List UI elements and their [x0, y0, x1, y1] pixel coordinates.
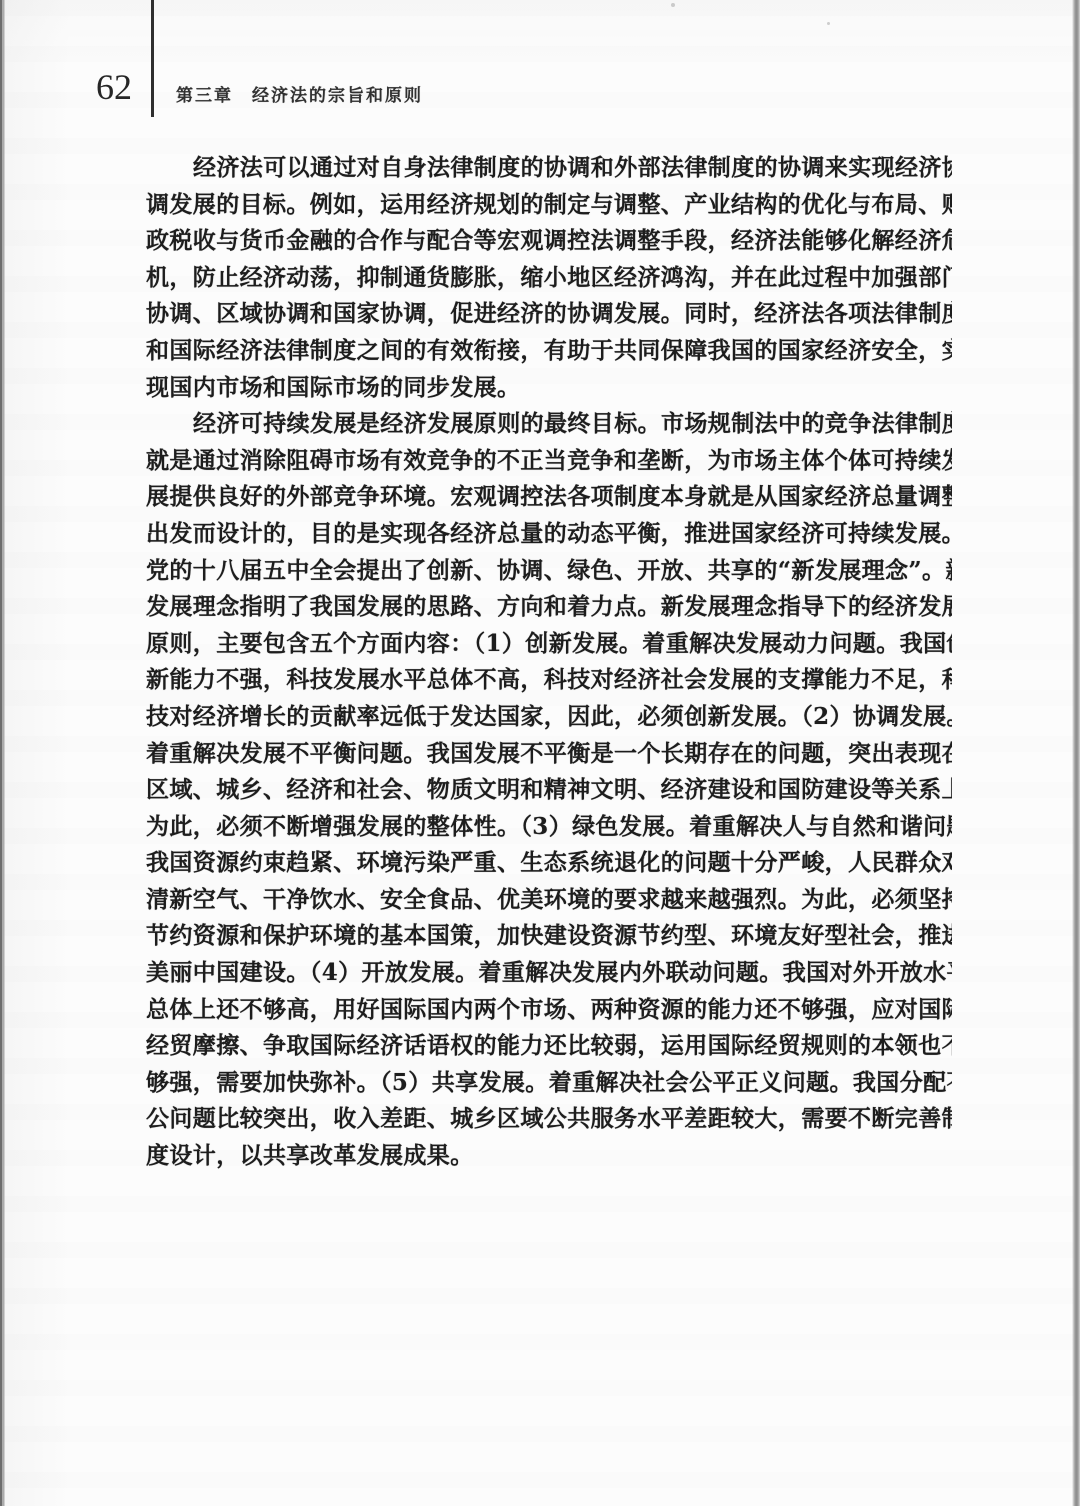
scan-speck — [827, 22, 830, 25]
text-line: 和国际经济法律制度之间的有效衔接，有助于共同保障我国的国家经济安全，实 — [146, 333, 952, 370]
scanned-book-page: { "colors": { "paper": "#fcfcfc", "ink":… — [0, 0, 1080, 1506]
chapter-header-title: 第三章 经济法的宗旨和原则 — [176, 84, 423, 108]
text-line: 展提供良好的外部竞争环境。宏观调控法各项制度本身就是从国家经济总量调整 — [146, 479, 952, 516]
text-line: 美丽中国建设。（4）开放发展。着重解决发展内外联动问题。我国对外开放水平 — [146, 955, 952, 992]
text-line: 度设计，以共享改革发展成果。 — [146, 1138, 952, 1175]
text-line: 总体上还不够高，用好国际国内两个市场、两种资源的能力还不够强，应对国际 — [146, 992, 952, 1029]
text-line: 我国资源约束趋紧、环境污染严重、生态系统退化的问题十分严峻，人民群众对 — [146, 845, 952, 882]
scan-edge-left-artifact — [0, 0, 5, 1506]
page-number: 62 — [96, 67, 132, 107]
text-line: 出发而设计的，目的是实现各经济总量的动态平衡，推进国家经济可持续发展。 — [146, 516, 952, 553]
scan-edge-right-artifact — [1072, 0, 1080, 1506]
text-line: 经贸摩擦、争取国际经济话语权的能力还比较弱，运用国际经贸规则的本领也不 — [146, 1028, 952, 1065]
body-text: 经济法可以通过对自身法律制度的协调和外部法律制度的协调来实现经济协调发展的目标。… — [146, 150, 952, 1175]
text-line: 机，防止经济动荡，抑制通货膨胀，缩小地区经济鸿沟，并在此过程中加强部门 — [146, 260, 952, 297]
text-line: 现国内市场和国际市场的同步发展。 — [146, 370, 952, 407]
text-line: 公问题比较突出，收入差距、城乡区域公共服务水平差距较大，需要不断完善制 — [146, 1101, 952, 1138]
text-line: 节约资源和保护环境的基本国策，加快建设资源节约型、环境友好型社会，推进 — [146, 918, 952, 955]
text-line: 为此，必须不断增强发展的整体性。（3）绿色发展。着重解决人与自然和谐问题。 — [146, 809, 952, 846]
text-line: 经济法可以通过对自身法律制度的协调和外部法律制度的协调来实现经济协 — [146, 150, 952, 187]
text-line: 原则，主要包含五个方面内容：（1）创新发展。着重解决发展动力问题。我国创 — [146, 626, 952, 663]
text-line: 区域、城乡、经济和社会、物质文明和精神文明、经济建设和国防建设等关系上。 — [146, 772, 952, 809]
text-line: 协调、区域协调和国家协调，促进经济的协调发展。同时，经济法各项法律制度 — [146, 296, 952, 333]
text-line: 清新空气、干净饮水、安全食品、优美环境的要求越来越强烈。为此，必须坚持 — [146, 882, 952, 919]
text-line: 调发展的目标。例如，运用经济规划的制定与调整、产业结构的优化与布局、财 — [146, 187, 952, 224]
text-line: 经济可持续发展是经济发展原则的最终目标。市场规制法中的竞争法律制度 — [146, 406, 952, 443]
scan-speck — [671, 3, 675, 7]
header-divider-line — [151, 0, 154, 117]
text-line: 新能力不强，科技发展水平总体不高，科技对经济社会发展的支撑能力不足，科 — [146, 662, 952, 699]
text-line: 发展理念指明了我国发展的思路、方向和着力点。新发展理念指导下的经济发展 — [146, 589, 952, 626]
text-line: 党的十八届五中全会提出了创新、协调、绿色、开放、共享的“新发展理念”。新 — [146, 553, 952, 590]
text-line: 就是通过消除阻碍市场有效竞争的不正当竞争和垄断，为市场主体个体可持续发 — [146, 443, 952, 480]
book-page: 62 第三章 经济法的宗旨和原则 经济法可以通过对自身法律制度的协调和外部法律制… — [0, 0, 1080, 1506]
text-line: 技对经济增长的贡献率远低于发达国家，因此，必须创新发展。（2）协调发展。 — [146, 699, 952, 736]
text-line: 够强，需要加快弥补。（5）共享发展。着重解决社会公平正义问题。我国分配不 — [146, 1065, 952, 1102]
text-line: 着重解决发展不平衡问题。我国发展不平衡是一个长期存在的问题，突出表现在 — [146, 736, 952, 773]
text-line: 政税收与货币金融的合作与配合等宏观调控法调整手段，经济法能够化解经济危 — [146, 223, 952, 260]
